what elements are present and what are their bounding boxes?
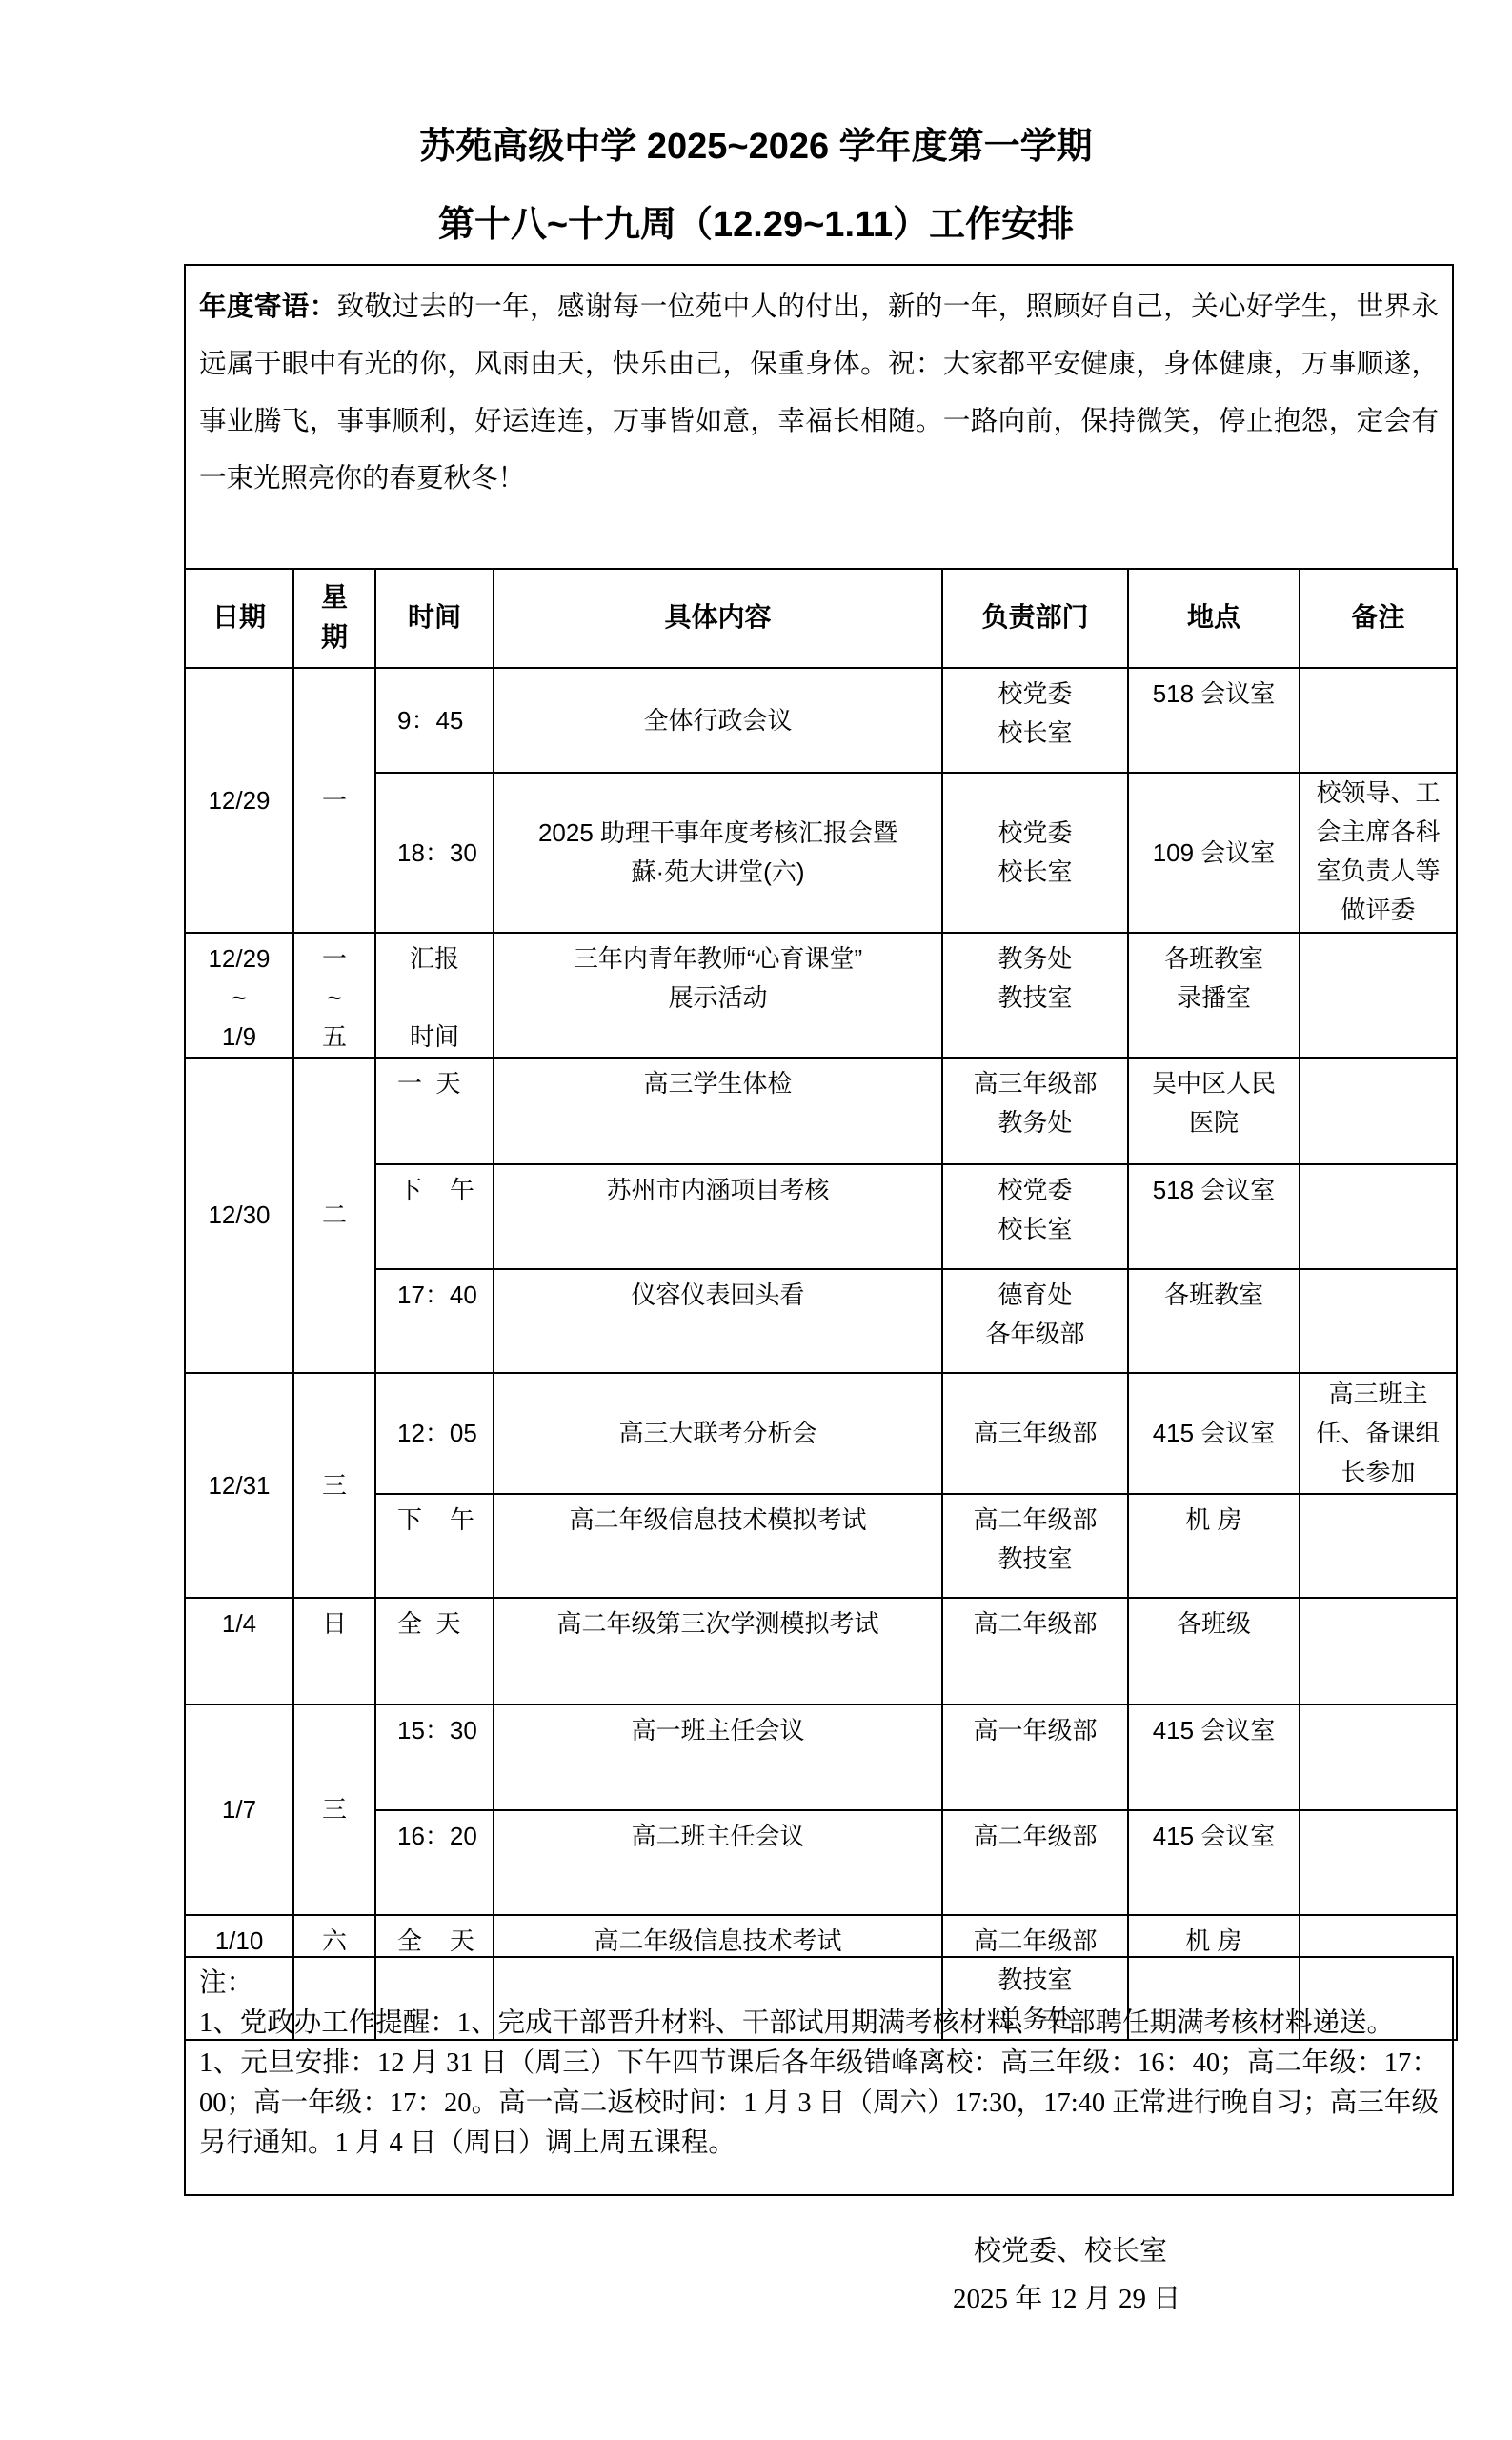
cell-time: 12：05 [375, 1373, 494, 1494]
cell-dept: 高二年级部 [942, 1810, 1128, 1915]
cell-weekday: 三 [293, 1704, 375, 1915]
schedule-table: 日期 星期 时间 具体内容 负责部门 地点 备注 12/29一9：45全体行政会… [184, 568, 1458, 2041]
cell-place: 各班教室录播室 [1128, 933, 1300, 1058]
table-row: 16：20高二班主任会议高二年级部415 会议室 [185, 1810, 1457, 1915]
document-title: 苏苑高级中学 2025~2026 学年度第一学期 [0, 116, 1512, 169]
cell-date: 1/4 [185, 1598, 293, 1704]
cell-place: 518 会议室 [1128, 1164, 1300, 1269]
cell-dept: 高二年级部教技室 [942, 1494, 1128, 1598]
note-item-2: 1、元旦安排：12 月 31 日（周三）下午四节课后各年级错峰离校：高三年级：1… [199, 2044, 1439, 2164]
cell-place: 518 会议室 [1128, 668, 1300, 773]
cell-time: 9：45 [375, 668, 494, 773]
annual-greeting: 年度寄语：致敬过去的一年，感谢每一位苑中人的付出，新的一年，照顾好自己，关心好学… [184, 264, 1454, 570]
table-row: 12/31三12：05高三大联考分析会高三年级部415 会议室高三班主任、备课组… [185, 1373, 1457, 1494]
col-header-place: 地点 [1128, 569, 1300, 668]
cell-weekday: 二 [293, 1058, 375, 1373]
cell-note: 校领导、工会主席各科室负责人等做评委 [1300, 773, 1457, 933]
cell-note [1300, 1058, 1457, 1164]
cell-date: 12/30 [185, 1058, 293, 1373]
cell-content: 高二年级第三次学测模拟考试 [494, 1598, 942, 1704]
cell-content: 高三大联考分析会 [494, 1373, 942, 1494]
cell-time: 下 午 [375, 1164, 494, 1269]
document-subtitle: 第十八~十九周（12.29~1.11）工作安排 [0, 194, 1512, 247]
cell-dept: 校党委校长室 [942, 773, 1128, 933]
cell-note [1300, 668, 1457, 773]
cell-content: 2025 助理干事年度考核汇报会暨蘇·苑大讲堂(六) [494, 773, 942, 933]
cell-time: 15：30 [375, 1704, 494, 1810]
cell-time: 16：20 [375, 1810, 494, 1915]
cell-content: 全体行政会议 [494, 668, 942, 773]
cell-note [1300, 1269, 1457, 1373]
cell-content: 苏州市内涵项目考核 [494, 1164, 942, 1269]
table-row: 17：40仪容仪表回头看德育处各年级部各班教室 [185, 1269, 1457, 1373]
col-header-weekday: 星期 [293, 569, 375, 668]
cell-content: 高一班主任会议 [494, 1704, 942, 1810]
signature-date: 2025 年 12 月 29 日 [953, 2277, 1180, 2316]
signature-org: 校党委、校长室 [974, 2229, 1167, 2269]
table-header-row: 日期 星期 时间 具体内容 负责部门 地点 备注 [185, 569, 1457, 668]
cell-date: 1/7 [185, 1704, 293, 1915]
cell-note: 高三班主任、备课组长参加 [1300, 1373, 1457, 1494]
cell-place: 415 会议室 [1128, 1373, 1300, 1494]
table-row: 1/4日全 天高二年级第三次学测模拟考试高二年级部各班级 [185, 1598, 1457, 1704]
cell-content: 高二班主任会议 [494, 1810, 942, 1915]
cell-dept: 教务处教技室 [942, 933, 1128, 1058]
cell-time: 18：30 [375, 773, 494, 933]
table-row: 12/29~1/9一~五汇报 时间三年内青年教师“心育课堂”展示活动教务处教技室… [185, 933, 1457, 1058]
note-item-1: 1、党政办工作提醒：1、完成干部晋升材料、干部试用期满考核材料、干部聘任期满考核… [199, 2004, 1439, 2044]
col-header-time: 时间 [375, 569, 494, 668]
cell-dept: 高三年级部 [942, 1373, 1128, 1494]
table-row: 1/7三15：30高一班主任会议高一年级部415 会议室 [185, 1704, 1457, 1810]
cell-note [1300, 1494, 1457, 1598]
cell-time: 全 天 [375, 1598, 494, 1704]
table-row: 下 午苏州市内涵项目考核校党委校长室518 会议室 [185, 1164, 1457, 1269]
cell-content: 仪容仪表回头看 [494, 1269, 942, 1373]
cell-date: 12/31 [185, 1373, 293, 1598]
cell-place: 各班级 [1128, 1598, 1300, 1704]
cell-dept: 校党委校长室 [942, 1164, 1128, 1269]
col-header-date: 日期 [185, 569, 293, 668]
cell-note [1300, 1164, 1457, 1269]
cell-place: 109 会议室 [1128, 773, 1300, 933]
table-row: 12/29一9：45全体行政会议校党委校长室518 会议室 [185, 668, 1457, 773]
notes-box: 注： 1、党政办工作提醒：1、完成干部晋升材料、干部试用期满考核材料、干部聘任期… [184, 1956, 1454, 2196]
cell-note [1300, 1598, 1457, 1704]
cell-dept: 高三年级部教务处 [942, 1058, 1128, 1164]
cell-weekday: 日 [293, 1598, 375, 1704]
cell-date: 12/29 [185, 668, 293, 933]
cell-dept: 德育处各年级部 [942, 1269, 1128, 1373]
cell-place: 机 房 [1128, 1494, 1300, 1598]
cell-weekday: 一~五 [293, 933, 375, 1058]
notes-label: 注： [199, 1964, 1439, 2004]
cell-dept: 高一年级部 [942, 1704, 1128, 1810]
col-header-dept: 负责部门 [942, 569, 1128, 668]
cell-dept: 高二年级部 [942, 1598, 1128, 1704]
cell-content: 高二年级信息技术模拟考试 [494, 1494, 942, 1598]
table-row: 18：302025 助理干事年度考核汇报会暨蘇·苑大讲堂(六)校党委校长室109… [185, 773, 1457, 933]
table-row: 12/30二一 天高三学生体检高三年级部教务处吴中区人民医院 [185, 1058, 1457, 1164]
cell-time: 一 天 [375, 1058, 494, 1164]
cell-time: 下 午 [375, 1494, 494, 1598]
cell-place: 415 会议室 [1128, 1810, 1300, 1915]
cell-content: 三年内青年教师“心育课堂”展示活动 [494, 933, 942, 1058]
cell-note [1300, 933, 1457, 1058]
cell-time: 汇报 时间 [375, 933, 494, 1058]
cell-place: 415 会议室 [1128, 1704, 1300, 1810]
cell-note [1300, 1704, 1457, 1810]
cell-note [1300, 1810, 1457, 1915]
cell-weekday: 一 [293, 668, 375, 933]
cell-content: 高三学生体检 [494, 1058, 942, 1164]
greeting-label: 年度寄语： [199, 292, 337, 322]
cell-date: 12/29~1/9 [185, 933, 293, 1058]
greeting-text: 致敬过去的一年，感谢每一位苑中人的付出，新的一年，照顾好自己，关心好学生，世界永… [199, 292, 1439, 494]
col-header-note: 备注 [1300, 569, 1457, 668]
cell-time: 17：40 [375, 1269, 494, 1373]
table-row: 下 午高二年级信息技术模拟考试高二年级部教技室机 房 [185, 1494, 1457, 1598]
cell-dept: 校党委校长室 [942, 668, 1128, 773]
cell-weekday: 三 [293, 1373, 375, 1598]
cell-place: 吴中区人民医院 [1128, 1058, 1300, 1164]
cell-place: 各班教室 [1128, 1269, 1300, 1373]
col-header-content: 具体内容 [494, 569, 942, 668]
